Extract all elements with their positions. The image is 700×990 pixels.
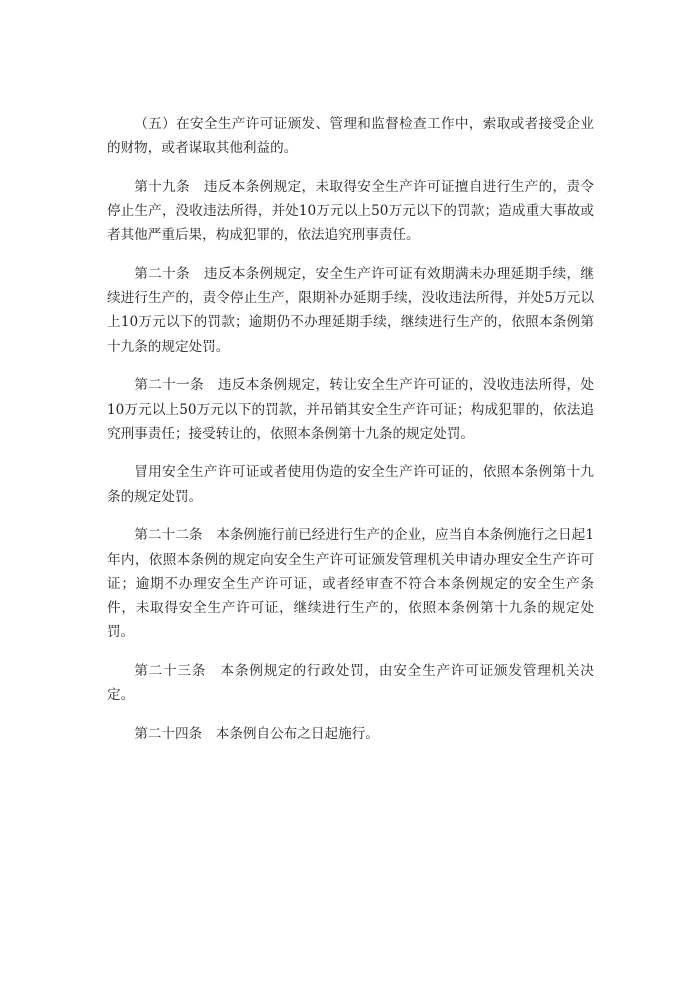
paragraph-article-21: 第二十一条 违反本条例规定，转让安全生产许可证的，没收违法所得，处10万元以上5… (107, 373, 594, 446)
document-page: （五）在安全生产许可证颁发、管理和监督检查工作中，索取或者接受企业的财物，或者谋… (107, 112, 594, 760)
paragraph-article-20: 第二十条 违反本条例规定，安全生产许可证有效期满未办理延期手续，继续进行生产的，… (107, 262, 594, 359)
paragraph-article-24: 第二十四条 本条例自公布之日起施行。 (107, 722, 594, 746)
paragraph-article-22: 第二十二条 本条例施行前已经进行生产的企业，应当自本条例施行之日起1年内，依照本… (107, 523, 594, 644)
paragraph-article-23: 第二十三条 本条例规定的行政处罚，由安全生产许可证颁发管理机关决定。 (107, 659, 594, 707)
paragraph-item-5: （五）在安全生产许可证颁发、管理和监督检查工作中，索取或者接受企业的财物，或者谋… (107, 112, 594, 160)
paragraph-article-21-continued: 冒用安全生产许可证或者使用伪造的安全生产许可证的，依照本条例第十九条的规定处罚。 (107, 460, 594, 508)
paragraph-article-19: 第十九条 违反本条例规定，未取得安全生产许可证擅自进行生产的，责令停止生产，没收… (107, 175, 594, 248)
